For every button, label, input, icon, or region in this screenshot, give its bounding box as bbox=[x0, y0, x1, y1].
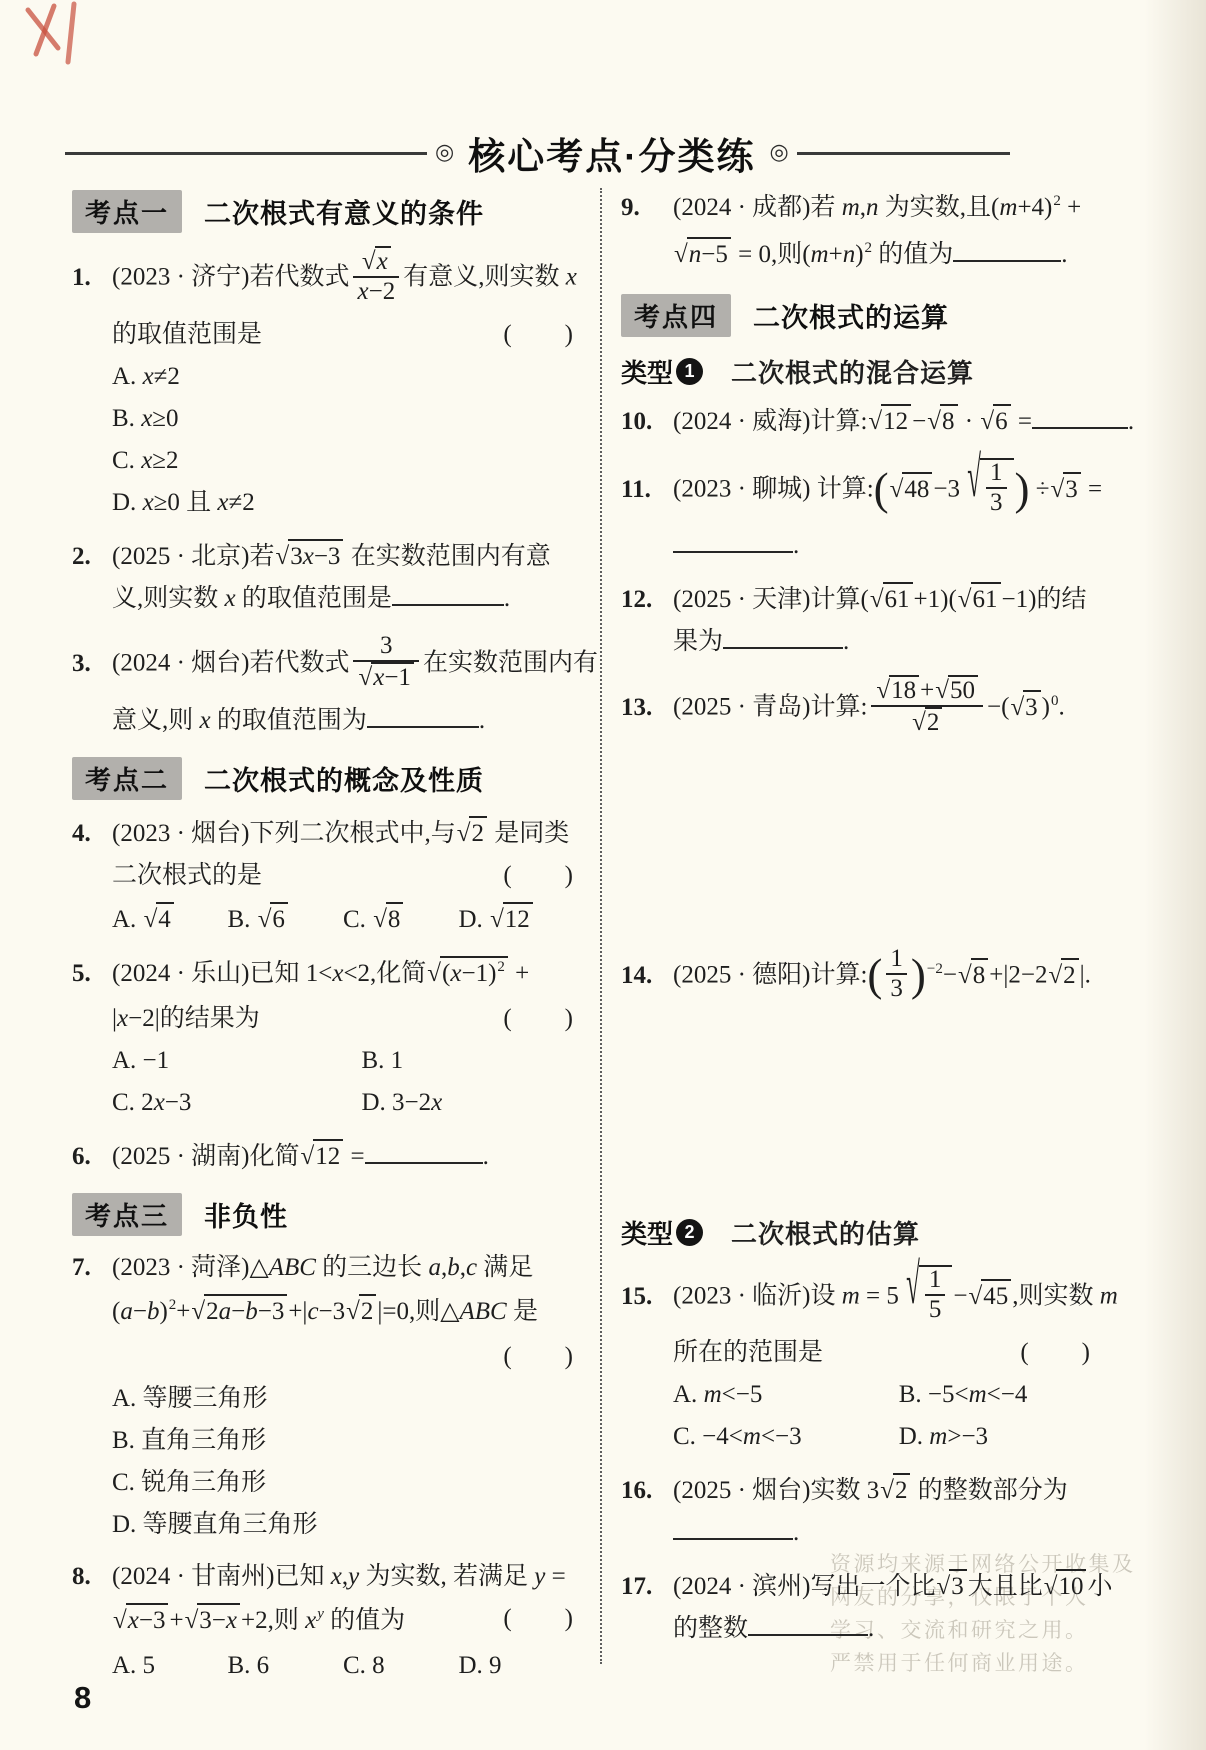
type-2-label: 类型 bbox=[621, 1214, 673, 1251]
problem-4-body: (2023 · 烟台)下列二次根式中,与√2 是同类 二次根式的是 ( ) A.… bbox=[112, 816, 574, 946]
problem-11-body: (2023 · 聊城) 计算:(√48−3 √13) ÷√3 = . bbox=[673, 458, 1091, 572]
problem-8-line-1: (2024 · 甘南州)已知 x,y 为实数, 若满足 y = bbox=[112, 1561, 574, 1593]
double-circle-icon: ◎ bbox=[770, 142, 789, 164]
problem-5: 5. (2024 · 乐山)已知 1<x<2,化简√(x−1)2 + |x−2|… bbox=[72, 956, 574, 1129]
problem-7: 7. (2023 · 菏泽)△ABC 的三边长 a,b,c 满足 (a−b)2+… bbox=[72, 1252, 574, 1551]
problem-4-line-2: 二次根式的是 ( ) bbox=[112, 860, 574, 892]
kaodian-3-title: 非负性 bbox=[204, 1195, 288, 1234]
double-circle-icon: ◎ bbox=[435, 142, 454, 164]
page-header: ◎ 核心考点·分类练 ◎ bbox=[65, 126, 1010, 180]
problem-15-option-d: D. m>−3 bbox=[899, 1421, 1091, 1453]
problem-13-line-1: (2025 · 青岛)计算:√18+√50√2−(√3)0. bbox=[673, 678, 1091, 740]
problem-1-option-d: D. x≥0 且 x≠2 bbox=[112, 487, 574, 519]
type-1-label: 类型 bbox=[621, 353, 673, 390]
kaodian-3-badge: 考点三 bbox=[72, 1193, 182, 1236]
problem-12-number: 12. bbox=[621, 586, 673, 614]
problem-10: 10. (2024 · 威海)计算:√12−√8 · √6 =. bbox=[621, 404, 1091, 448]
problem-1-body: (2023 · 济宁)若代数式√xx−2有意义,则实数 x 的取值范围是 ( )… bbox=[112, 249, 574, 529]
problem-5-line-2: |x−2|的结果为 ( ) bbox=[112, 1003, 574, 1035]
type-2-circled-number: 2 bbox=[676, 1219, 703, 1246]
problem-4-line-1: (2023 · 烟台)下列二次根式中,与√2 是同类 bbox=[112, 816, 574, 850]
problem-8-option-c: C. 8 bbox=[343, 1650, 459, 1682]
problem-13-workspace bbox=[673, 750, 1091, 938]
problem-17-line-2: 的整数. bbox=[673, 1613, 1091, 1645]
problem-2-number: 2. bbox=[72, 543, 112, 571]
problem-16: 16. (2025 · 烟台)实数 3√2 的整数部分为 . bbox=[621, 1473, 1091, 1559]
problem-11: 11. (2023 · 聊城) 计算:(√48−3 √13) ÷√3 = . bbox=[621, 458, 1091, 572]
problem-15-answer-paren: ( ) bbox=[1020, 1337, 1091, 1369]
problem-4: 4. (2023 · 烟台)下列二次根式中,与√2 是同类 二次根式的是 ( )… bbox=[72, 816, 574, 946]
problem-8-answer-paren: ( ) bbox=[503, 1603, 574, 1640]
problem-7-body: (2023 · 菏泽)△ABC 的三边长 a,b,c 满足 (a−b)2+√2a… bbox=[112, 1252, 574, 1551]
page-number: 8 bbox=[74, 1680, 91, 1716]
problem-1-option-c: C. x≥2 bbox=[112, 445, 574, 477]
problem-14-body: (2025 · 德阳)计算:(13)−2−√8+|2−2√2|. bbox=[673, 948, 1091, 1204]
problem-1-line-2-text: 的取值范围是 bbox=[112, 319, 262, 351]
type-1-title: 二次根式的混合运算 bbox=[731, 353, 974, 390]
problem-3-line-2: 意义,则 x 的取值范围为. bbox=[112, 705, 574, 737]
problem-10-line-1: (2024 · 威海)计算:√12−√8 · √6 =. bbox=[673, 404, 1091, 438]
kaodian-4-title: 二次根式的运算 bbox=[753, 296, 949, 335]
problem-4-options: A. √4 B. √6 C. √8 D. √12 bbox=[112, 902, 574, 936]
problem-4-option-d: D. √12 bbox=[459, 902, 575, 936]
problem-17-line-1: (2024 · 滨州)写出一个比√3大且比√10小 bbox=[673, 1569, 1091, 1603]
problem-5-options-row-2: C. 2x−3 D. 3−2x bbox=[112, 1087, 574, 1119]
problem-4-answer-paren: ( ) bbox=[503, 860, 574, 892]
problem-16-line-1: (2025 · 烟台)实数 3√2 的整数部分为 bbox=[673, 1473, 1091, 1507]
problem-15: 15. (2023 · 临沂)设 m = 5 √15−√45,则实数 m 所在的… bbox=[621, 1265, 1091, 1463]
textbook-page: ◎ 核心考点·分类练 ◎ 资源均来源于网络公开收集及 网友的分享，仅限于个人 学… bbox=[0, 0, 1206, 1750]
page-title: 核心考点·分类练 bbox=[468, 126, 755, 180]
problem-5-body: (2024 · 乐山)已知 1<x<2,化简√(x−1)2 + |x−2|的结果… bbox=[112, 956, 574, 1129]
problem-15-line-2: 所在的范围是 ( ) bbox=[673, 1337, 1091, 1369]
kaodian-1-title: 二次根式有意义的条件 bbox=[204, 192, 484, 231]
problem-5-option-c: C. 2x−3 bbox=[112, 1087, 361, 1119]
kaodian-2-badge: 考点二 bbox=[72, 757, 182, 800]
problem-6: 6. (2025 · 湖南)化简√12 =. bbox=[72, 1139, 574, 1183]
problem-8-line-2: √x−3+√3−x+2,则 xy 的值为 ( ) bbox=[112, 1603, 574, 1640]
problem-1-number: 1. bbox=[72, 264, 112, 292]
problem-12-line-2: 果为. bbox=[673, 626, 1091, 658]
problem-1: 1. (2023 · 济宁)若代数式√xx−2有意义,则实数 x 的取值范围是 … bbox=[72, 249, 574, 529]
problem-7-line-1: (2023 · 菏泽)△ABC 的三边长 a,b,c 满足 bbox=[112, 1252, 574, 1284]
problem-1-option-b: B. x≥0 bbox=[112, 403, 574, 435]
problem-4-option-b: B. √6 bbox=[228, 902, 344, 936]
problem-8-option-b: B. 6 bbox=[228, 1650, 344, 1682]
kaodian-2-title: 二次根式的概念及性质 bbox=[204, 759, 484, 798]
problem-16-line-2: . bbox=[673, 1517, 1091, 1549]
problem-8-option-d: D. 9 bbox=[459, 1650, 575, 1682]
problem-3-number: 3. bbox=[72, 650, 112, 678]
problem-7-option-a: A. 等腰三角形 bbox=[112, 1383, 574, 1415]
problem-1-line-1: (2023 · 济宁)若代数式√xx−2有意义,则实数 x bbox=[112, 249, 574, 309]
problem-14-line-1: (2025 · 德阳)计算:(13)−2−√8+|2−2√2|. bbox=[673, 948, 1091, 1006]
problem-4-option-a: A. √4 bbox=[112, 902, 228, 936]
section-kaodian-2: 考点二 二次根式的概念及性质 bbox=[72, 757, 574, 800]
problem-8-body: (2024 · 甘南州)已知 x,y 为实数, 若满足 y = √x−3+√3−… bbox=[112, 1561, 574, 1692]
problem-7-paren-line: ( ) bbox=[112, 1341, 574, 1373]
problem-6-body: (2025 · 湖南)化简√12 =. bbox=[112, 1139, 574, 1183]
problem-15-option-a: A. m<−5 bbox=[673, 1379, 899, 1411]
problem-11-line-1: (2023 · 聊城) 计算:(√48−3 √13) ÷√3 = bbox=[673, 458, 1091, 520]
problem-14: 14. (2025 · 德阳)计算:(13)−2−√8+|2−2√2|. bbox=[621, 948, 1091, 1204]
problem-14-number: 14. bbox=[621, 962, 673, 990]
problem-15-line-2-text: 所在的范围是 bbox=[673, 1337, 823, 1369]
section-kaodian-4: 考点四 二次根式的运算 bbox=[621, 294, 1091, 337]
problem-5-number: 5. bbox=[72, 960, 112, 988]
problem-4-line-2-text: 二次根式的是 bbox=[112, 860, 262, 892]
problem-17-body: (2024 · 滨州)写出一个比√3大且比√10小 的整数. bbox=[673, 1569, 1091, 1655]
problem-12: 12. (2025 · 天津)计算(√61+1)(√61−1)的结 果为. bbox=[621, 582, 1091, 668]
problem-2-line-1: (2025 · 北京)若√3x−3 在实数范围内有意 bbox=[112, 539, 574, 573]
problem-1-option-a: A. x≠2 bbox=[112, 361, 574, 393]
problem-8-line-2-text: √x−3+√3−x+2,则 xy 的值为 bbox=[112, 1603, 405, 1640]
kaodian-4-badge: 考点四 bbox=[621, 294, 731, 337]
problem-9-line-2: √n−5 = 0,则(m+n)2 的值为. bbox=[673, 237, 1091, 274]
kaodian-1-badge: 考点一 bbox=[72, 190, 182, 233]
problem-12-line-1: (2025 · 天津)计算(√61+1)(√61−1)的结 bbox=[673, 582, 1091, 616]
problem-14-workspace bbox=[673, 1016, 1091, 1204]
problem-12-body: (2025 · 天津)计算(√61+1)(√61−1)的结 果为. bbox=[673, 582, 1091, 668]
problem-9-body: (2024 · 成都)若 m,n 为实数,且(m+4)2 + √n−5 = 0,… bbox=[673, 192, 1091, 284]
problem-7-option-d: D. 等腰直角三角形 bbox=[112, 1509, 574, 1541]
problem-3-body: (2024 · 烟台)若代数式3√x−1在实数范围内有 意义,则 x 的取值范围… bbox=[112, 635, 574, 747]
problem-11-line-2: . bbox=[673, 530, 1091, 562]
right-column: 9. (2024 · 成都)若 m,n 为实数,且(m+4)2 + √n−5 =… bbox=[621, 186, 1091, 1665]
type-2-title: 二次根式的估算 bbox=[731, 1214, 920, 1251]
problem-10-body: (2024 · 威海)计算:√12−√8 · √6 =. bbox=[673, 404, 1091, 448]
problem-8-options: A. 5 B. 6 C. 8 D. 9 bbox=[112, 1650, 574, 1682]
problem-5-line-2-text: |x−2|的结果为 bbox=[112, 1003, 260, 1035]
problem-15-option-b: B. −5<m<−4 bbox=[899, 1379, 1091, 1411]
problem-15-options-row-1: A. m<−5 B. −5<m<−4 bbox=[673, 1379, 1091, 1411]
problem-5-line-1: (2024 · 乐山)已知 1<x<2,化简√(x−1)2 + bbox=[112, 956, 574, 993]
problem-4-number: 4. bbox=[72, 820, 112, 848]
section-kaodian-1: 考点一 二次根式有意义的条件 bbox=[72, 190, 574, 233]
problem-5-option-d: D. 3−2x bbox=[361, 1087, 574, 1119]
type-1-heading: 类型 1 二次根式的混合运算 bbox=[621, 353, 1091, 390]
problem-8: 8. (2024 · 甘南州)已知 x,y 为实数, 若满足 y = √x−3+… bbox=[72, 1561, 574, 1692]
header-rule-left bbox=[65, 152, 427, 155]
problem-10-number: 10. bbox=[621, 408, 673, 436]
problem-9-number: 9. bbox=[621, 194, 673, 222]
problem-11-number: 11. bbox=[621, 476, 673, 504]
problem-13-number: 13. bbox=[621, 694, 673, 722]
problem-3: 3. (2024 · 烟台)若代数式3√x−1在实数范围内有 意义,则 x 的取… bbox=[72, 635, 574, 747]
problem-15-body: (2023 · 临沂)设 m = 5 √15−√45,则实数 m 所在的范围是 … bbox=[673, 1265, 1091, 1463]
scan-edge-shadow bbox=[1144, 0, 1206, 1750]
red-pen-marks bbox=[14, 0, 86, 72]
problem-1-line-2: 的取值范围是 ( ) bbox=[112, 319, 574, 351]
problem-1-answer-paren: ( ) bbox=[503, 319, 574, 351]
problem-8-number: 8. bbox=[72, 1563, 112, 1591]
problem-7-answer-paren: ( ) bbox=[503, 1341, 574, 1373]
header-rule-right bbox=[797, 152, 1010, 155]
problem-6-line-1: (2025 · 湖南)化简√12 =. bbox=[112, 1139, 574, 1173]
problem-7-line-2: (a−b)2+√2a−b−3+|c−3√2|=0,则△ABC 是 bbox=[112, 1294, 574, 1331]
problem-17-number: 17. bbox=[621, 1573, 673, 1601]
problem-5-options-row-1: A. −1 B. 1 bbox=[112, 1045, 574, 1077]
problem-5-option-b: B. 1 bbox=[361, 1045, 574, 1077]
problem-5-answer-paren: ( ) bbox=[503, 1003, 574, 1035]
problem-13: 13. (2025 · 青岛)计算:√18+√50√2−(√3)0. bbox=[621, 678, 1091, 938]
problem-13-body: (2025 · 青岛)计算:√18+√50√2−(√3)0. bbox=[673, 678, 1091, 938]
problem-15-line-1: (2023 · 临沂)设 m = 5 √15−√45,则实数 m bbox=[673, 1265, 1091, 1327]
problem-7-option-c: C. 锐角三角形 bbox=[112, 1467, 574, 1499]
problem-6-number: 6. bbox=[72, 1143, 112, 1171]
problem-4-option-c: C. √8 bbox=[343, 902, 459, 936]
problem-16-number: 16. bbox=[621, 1477, 673, 1505]
problem-17: 17. (2024 · 滨州)写出一个比√3大且比√10小 的整数. bbox=[621, 1569, 1091, 1655]
problem-9-line-1: (2024 · 成都)若 m,n 为实数,且(m+4)2 + bbox=[673, 192, 1091, 227]
problem-3-line-1: (2024 · 烟台)若代数式3√x−1在实数范围内有 bbox=[112, 635, 574, 695]
problem-2: 2. (2025 · 北京)若√3x−3 在实数范围内有意 义,则实数 x 的取… bbox=[72, 539, 574, 625]
section-kaodian-3: 考点三 非负性 bbox=[72, 1193, 574, 1236]
type-1-circled-number: 1 bbox=[676, 358, 703, 385]
problem-7-number: 7. bbox=[72, 1254, 112, 1282]
problem-16-body: (2025 · 烟台)实数 3√2 的整数部分为 . bbox=[673, 1473, 1091, 1559]
problem-2-body: (2025 · 北京)若√3x−3 在实数范围内有意 义,则实数 x 的取值范围… bbox=[112, 539, 574, 625]
problem-15-options-row-2: C. −4<m<−3 D. m>−3 bbox=[673, 1421, 1091, 1453]
problem-15-number: 15. bbox=[621, 1283, 673, 1311]
problem-15-option-c: C. −4<m<−3 bbox=[673, 1421, 899, 1453]
problem-8-option-a: A. 5 bbox=[112, 1650, 228, 1682]
problem-2-line-2: 义,则实数 x 的取值范围是. bbox=[112, 583, 574, 615]
left-column: 考点一 二次根式有意义的条件 1. (2023 · 济宁)若代数式√xx−2有意… bbox=[72, 186, 574, 1702]
column-divider bbox=[600, 188, 602, 1664]
problem-9: 9. (2024 · 成都)若 m,n 为实数,且(m+4)2 + √n−5 =… bbox=[621, 192, 1091, 284]
problem-5-option-a: A. −1 bbox=[112, 1045, 361, 1077]
problem-7-option-b: B. 直角三角形 bbox=[112, 1425, 574, 1457]
type-2-heading: 类型 2 二次根式的估算 bbox=[621, 1214, 1091, 1251]
